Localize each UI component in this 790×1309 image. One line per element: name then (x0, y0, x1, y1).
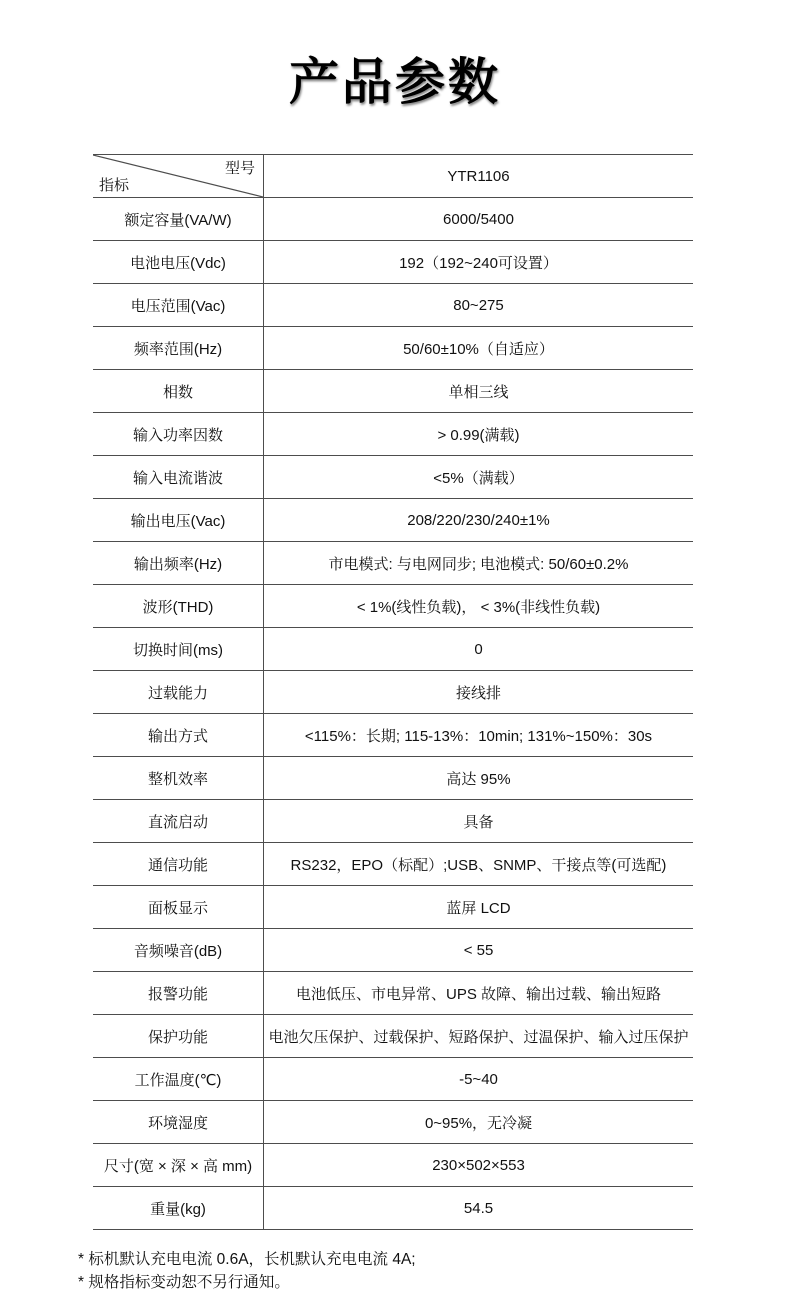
row-label: 相数 (93, 370, 264, 412)
header-indicator-label: 指标 (99, 174, 129, 195)
row-label: 输出电压(Vac) (93, 499, 264, 541)
page-title: 产品参数 (0, 42, 790, 114)
table-row: 面板显示蓝屏 LCD (93, 886, 693, 929)
row-label: 输入电流谐波 (93, 456, 264, 498)
row-label: 直流启动 (93, 800, 264, 842)
row-label: 频率范围(Hz) (93, 327, 264, 369)
table-row: 切换时间(ms)0 (93, 628, 693, 671)
row-label: 重量(kg) (93, 1187, 264, 1229)
row-label: 音频噪音(dB) (93, 929, 264, 971)
row-value: 单相三线 (264, 370, 693, 412)
table-rows: 额定容量(VA/W)6000/5400电池电压(Vdc)192（192~240可… (93, 198, 693, 1230)
row-label: 通信功能 (93, 843, 264, 885)
row-value: 高达 95% (264, 757, 693, 799)
table-row: 过载能力接线排 (93, 671, 693, 714)
table-row: 报警功能电池低压、市电异常、UPS 故障、输出过载、输出短路 (93, 972, 693, 1015)
row-value: 54.5 (264, 1187, 693, 1229)
header-model-value: YTR1106 (264, 155, 693, 197)
row-label: 输出频率(Hz) (93, 542, 264, 584)
footnote-line: * 标机默认充电电流 0.6A，长机默认充电电流 4A; (78, 1248, 790, 1271)
table-row: 电压范围(Vac)80~275 (93, 284, 693, 327)
row-label: 输出方式 (93, 714, 264, 756)
header-corner-cell: 型号 指标 (93, 155, 264, 197)
row-label: 整机效率 (93, 757, 264, 799)
row-value: 电池低压、市电异常、UPS 故障、输出过载、输出短路 (264, 972, 693, 1014)
row-value: <115%：长期; 115-13%：10min; 131%~150%：30s (264, 714, 693, 756)
row-value: 192（192~240可设置） (264, 241, 693, 283)
row-label: 电池电压(Vdc) (93, 241, 264, 283)
row-value: 电池欠压保护、过载保护、短路保护、过温保护、输入过压保护 (264, 1015, 693, 1057)
table-row: 频率范围(Hz)50/60±10%（自适应） (93, 327, 693, 370)
row-label: 切换时间(ms) (93, 628, 264, 670)
row-value: 接线排 (264, 671, 693, 713)
row-value: 市电模式: 与电网同步; 电池模式: 50/60±0.2% (264, 542, 693, 584)
row-value: 208/220/230/240±1% (264, 499, 693, 541)
table-row: 音频噪音(dB)< 55 (93, 929, 693, 972)
row-value: 50/60±10%（自适应） (264, 327, 693, 369)
table-row: 重量(kg)54.5 (93, 1187, 693, 1230)
table-row: 输入功率因数> 0.99(满载) (93, 413, 693, 456)
row-label: 尺寸(宽 × 深 × 高 mm) (93, 1144, 264, 1186)
row-label: 环境湿度 (93, 1101, 264, 1143)
table-row: 相数单相三线 (93, 370, 693, 413)
row-label: 面板显示 (93, 886, 264, 928)
row-label: 过载能力 (93, 671, 264, 713)
table-row: 输出电压(Vac)208/220/230/240±1% (93, 499, 693, 542)
row-value: 具备 (264, 800, 693, 842)
row-value: 6000/5400 (264, 198, 693, 240)
table-row: 输入电流谐波<5%（满载） (93, 456, 693, 499)
table-row: 通信功能RS232，EPO（标配）;USB、SNMP、干接点等(可选配) (93, 843, 693, 886)
table-header-row: 型号 指标 YTR1106 (93, 155, 693, 198)
row-value: <5%（满载） (264, 456, 693, 498)
table-row: 输出频率(Hz)市电模式: 与电网同步; 电池模式: 50/60±0.2% (93, 542, 693, 585)
row-value: -5~40 (264, 1058, 693, 1100)
table-row: 保护功能电池欠压保护、过载保护、短路保护、过温保护、输入过压保护 (93, 1015, 693, 1058)
header-model-label: 型号 (225, 157, 255, 178)
row-value: 0 (264, 628, 693, 670)
spec-table: 型号 指标 YTR1106 额定容量(VA/W)6000/5400电池电压(Vd… (93, 154, 693, 1230)
table-row: 额定容量(VA/W)6000/5400 (93, 198, 693, 241)
row-value: 0~95%，无冷凝 (264, 1101, 693, 1143)
row-value: < 55 (264, 929, 693, 971)
table-row: 输出方式<115%：长期; 115-13%：10min; 131%~150%：3… (93, 714, 693, 757)
table-row: 尺寸(宽 × 深 × 高 mm)230×502×553 (93, 1144, 693, 1187)
row-label: 额定容量(VA/W) (93, 198, 264, 240)
row-value: 230×502×553 (264, 1144, 693, 1186)
row-label: 报警功能 (93, 972, 264, 1014)
row-label: 输入功率因数 (93, 413, 264, 455)
table-row: 环境湿度0~95%，无冷凝 (93, 1101, 693, 1144)
row-label: 保护功能 (93, 1015, 264, 1057)
row-value: RS232，EPO（标配）;USB、SNMP、干接点等(可选配) (264, 843, 693, 885)
row-value: < 1%(线性负载)， < 3%(非线性负载) (264, 585, 693, 627)
row-label: 工作温度(℃) (93, 1058, 264, 1100)
footnote-line: * 规格指标变动恕不另行通知。 (78, 1271, 790, 1294)
table-row: 波形(THD)< 1%(线性负载)， < 3%(非线性负载) (93, 585, 693, 628)
row-value: > 0.99(满载) (264, 413, 693, 455)
row-label: 电压范围(Vac) (93, 284, 264, 326)
footnotes: * 标机默认充电电流 0.6A，长机默认充电电流 4A; * 规格指标变动恕不另… (78, 1248, 790, 1294)
table-row: 工作温度(℃)-5~40 (93, 1058, 693, 1101)
table-row: 电池电压(Vdc)192（192~240可设置） (93, 241, 693, 284)
row-label: 波形(THD) (93, 585, 264, 627)
table-row: 直流启动具备 (93, 800, 693, 843)
row-value: 蓝屏 LCD (264, 886, 693, 928)
row-value: 80~275 (264, 284, 693, 326)
table-row: 整机效率高达 95% (93, 757, 693, 800)
